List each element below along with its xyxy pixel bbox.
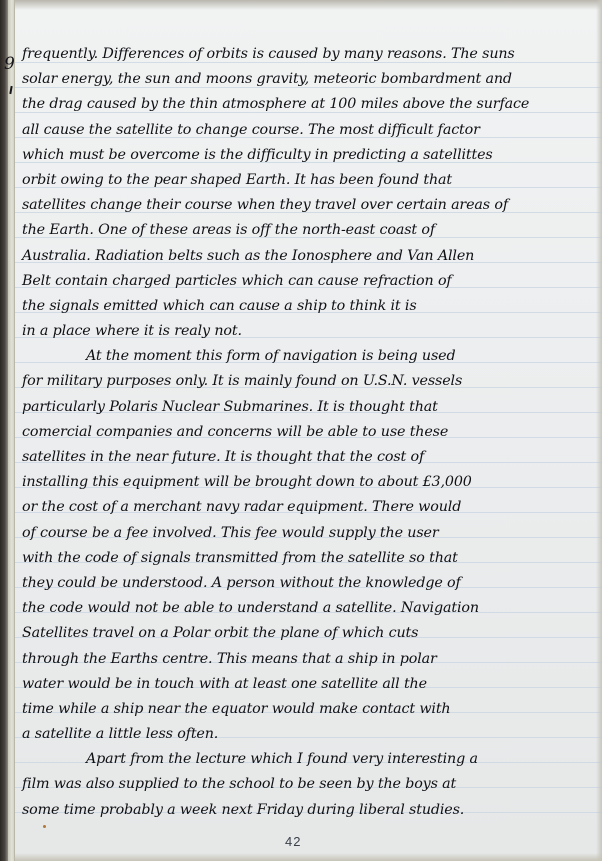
text-line: Australia. Radiation belts such as the I…	[22, 244, 596, 269]
text-line: the Earth. One of these areas is off the…	[22, 218, 596, 243]
handwritten-text: frequently. Differences of orbits is cau…	[22, 42, 596, 823]
notebook-page: 9 frequently. Differences of orbits is c…	[0, 0, 602, 861]
text-line: time while a ship near the equator would…	[22, 697, 596, 722]
text-line: installing this equipment will be brough…	[22, 470, 596, 495]
page-right-shadow	[596, 0, 602, 861]
text-line: water would be in touch with at least on…	[22, 672, 596, 697]
text-line: all cause the satellite to change course…	[22, 118, 596, 143]
page-bottom-shadow	[0, 853, 602, 861]
text-line: with the code of signals transmitted fro…	[22, 546, 596, 571]
text-line: some time probably a week next Friday du…	[22, 798, 596, 823]
text-line: a satellite a little less often.	[22, 722, 596, 747]
margin-note: 9	[4, 56, 15, 73]
binding-page-edge	[8, 0, 15, 861]
text-line: frequently. Differences of orbits is cau…	[22, 42, 596, 67]
ink-spot	[43, 825, 46, 828]
text-line: of course be a fee involved. This fee wo…	[22, 521, 596, 546]
text-line: through the Earths centre. This means th…	[22, 647, 596, 672]
text-line: particularly Polaris Nuclear Submarines.…	[22, 395, 596, 420]
text-line: Apart from the lecture which I found ver…	[22, 747, 596, 772]
page-top-shadow	[0, 0, 602, 10]
notebook-binding	[0, 0, 8, 861]
text-line: Belt contain charged particles which can…	[22, 269, 596, 294]
text-line: At the moment this form of navigation is…	[22, 344, 596, 369]
text-line: Satellites travel on a Polar orbit the p…	[22, 621, 596, 646]
text-line: in a place where it is realy not.	[22, 319, 596, 344]
text-line: the code would not be able to understand…	[22, 596, 596, 621]
text-line: satellites change their course when they…	[22, 193, 596, 218]
text-line: which must be overcome is the difficulty…	[22, 143, 596, 168]
text-line: the signals emitted which can cause a sh…	[22, 294, 596, 319]
text-line: the drag caused by the thin atmosphere a…	[22, 92, 596, 117]
text-line: comercial companies and concerns will be…	[22, 420, 596, 445]
text-line: orbit owing to the pear shaped Earth. It…	[22, 168, 596, 193]
page-number: 42	[285, 834, 301, 849]
text-line: satellites in the near future. It is tho…	[22, 445, 596, 470]
text-line: or the cost of a merchant navy radar equ…	[22, 495, 596, 520]
text-line: they could be understood. A person witho…	[22, 571, 596, 596]
text-line: film was also supplied to the school to …	[22, 772, 596, 797]
text-line: solar energy, the sun and moons gravity,…	[22, 67, 596, 92]
text-line: for military purposes only. It is mainly…	[22, 369, 596, 394]
